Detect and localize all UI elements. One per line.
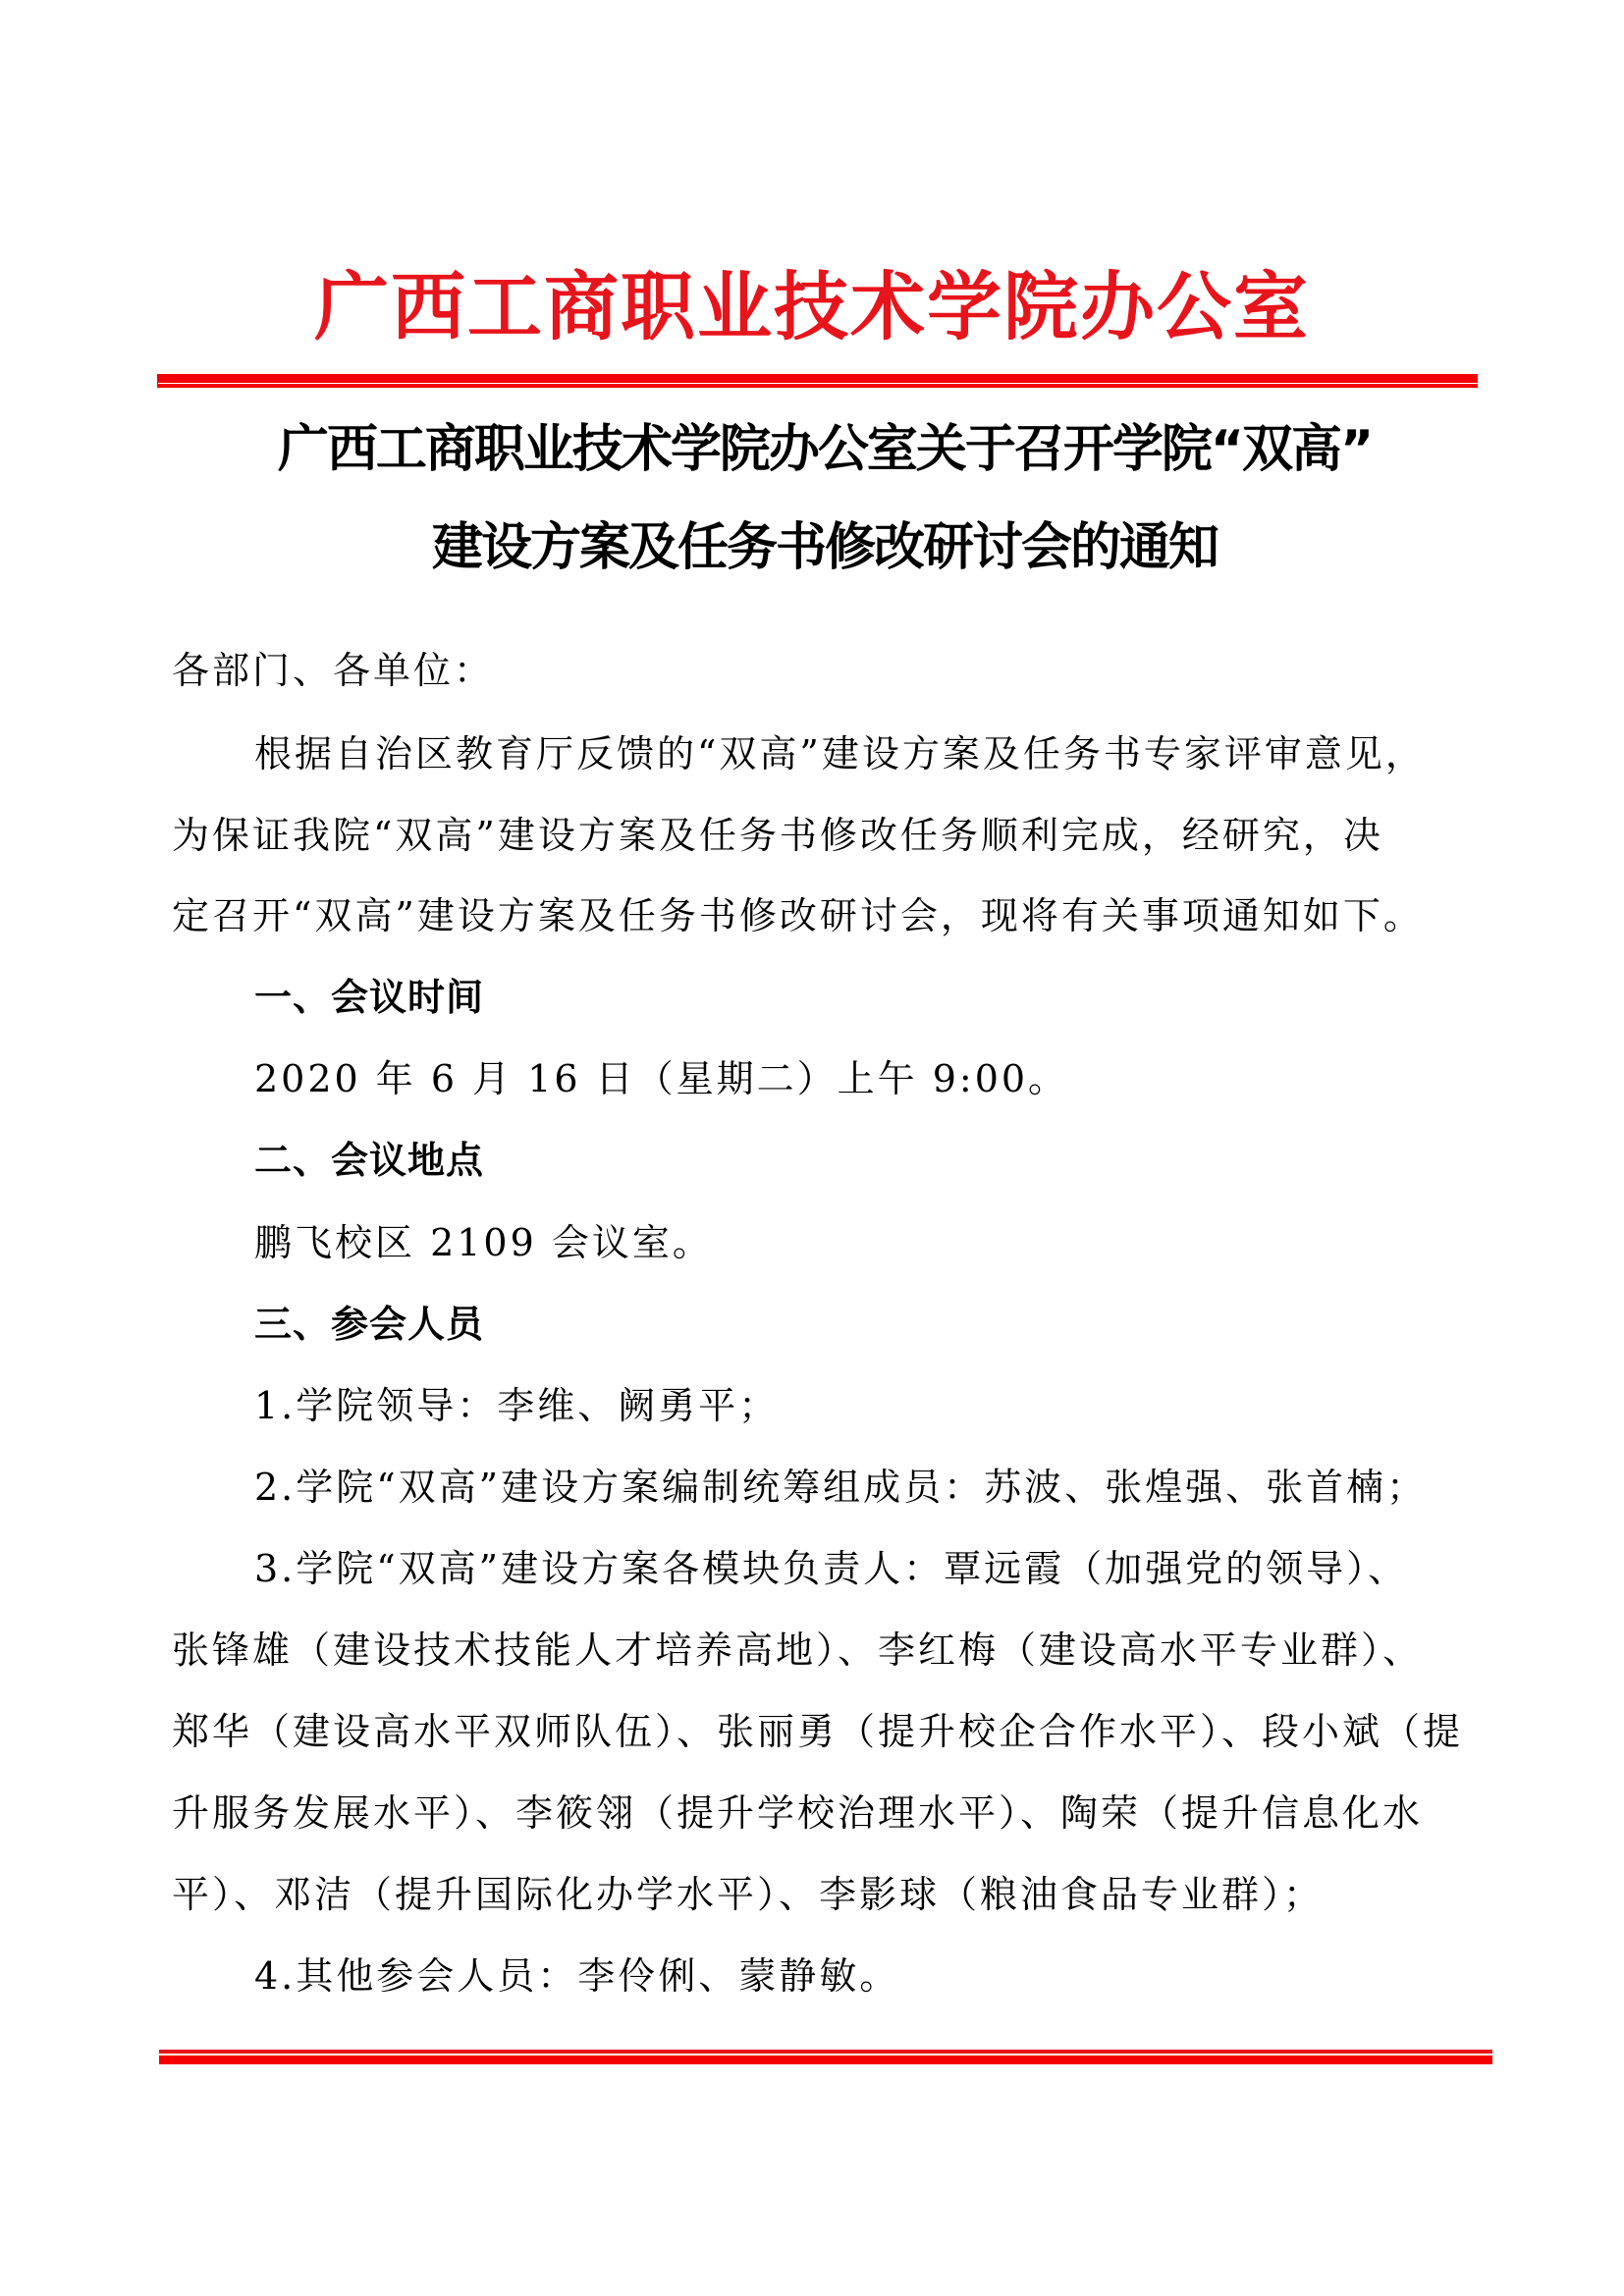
letterhead-organization: 广西工商职业技术学院办公室: [0, 263, 1624, 351]
document-title-line-1: 广西工商职业技术学院办公室关于召开学院“双高”: [147, 420, 1502, 479]
meeting-location: 鹏飞校区 2109 会议室。: [254, 1220, 1560, 1265]
document-title-line-2: 建设方案及任务书修改研讨会的通知: [147, 518, 1502, 577]
intro-line-3: 定召开“双高”建设方案及任务书修改研讨会，现将有关事项通知如下。: [172, 893, 1478, 938]
intro-line-2: 为保证我院“双高”建设方案及任务书修改任务顺利完成，经研究，决: [172, 813, 1478, 858]
footer-rule-thin-line: [159, 2050, 1492, 2054]
section-heading-time: 一、会议时间: [254, 975, 1560, 1020]
section-heading-location: 二、会议地点: [254, 1138, 1560, 1183]
meeting-time: 2020 年 6 月 16 日（星期二）上午 9:00。: [254, 1056, 1560, 1101]
letterhead-red-rule: [157, 374, 1478, 388]
attendee-item-4: 4.其他参会人员：李伶俐、蒙静敏。: [254, 1953, 1560, 1999]
attendee-item-3-line-3: 郑华（建设高水平双师队伍）、张丽勇（提升校企合作水平）、段小斌（提: [172, 1709, 1478, 1754]
attendee-item-3-line-1: 3.学院“双高”建设方案各模块负责人：覃远霞（加强党的领导）、: [254, 1546, 1560, 1591]
attendee-item-1: 1.学院领导：李维、阙勇平；: [254, 1383, 1560, 1428]
document-page: 广西工商职业技术学院办公室 广西工商职业技术学院办公室关于召开学院“双高” 建设…: [0, 0, 1624, 2296]
attendee-item-3-line-5: 平）、邓洁（提升国际化办学水平）、李影球（粮油食品专业群）；: [172, 1872, 1478, 1917]
attendee-item-2: 2.学院“双高”建设方案编制统筹组成员：苏波、张煌强、张首楠；: [254, 1465, 1560, 1510]
attendee-item-3-line-4: 升服务发展水平）、李筱翎（提升学校治理水平）、陶荣（提升信息化水: [172, 1790, 1478, 1836]
salutation: 各部门、各单位：: [172, 648, 1478, 693]
section-heading-attendees: 三、参会人员: [254, 1302, 1560, 1347]
attendee-item-3-line-2: 张锋雄（建设技术技能人才培养高地）、李红梅（建设高水平专业群）、: [172, 1628, 1478, 1673]
intro-line-1: 根据自治区教育厅反馈的“双高”建设方案及任务书专家评审意见，: [254, 731, 1560, 776]
footer-rule-thick-line: [159, 2056, 1492, 2064]
footer-red-rule: [159, 2050, 1492, 2067]
